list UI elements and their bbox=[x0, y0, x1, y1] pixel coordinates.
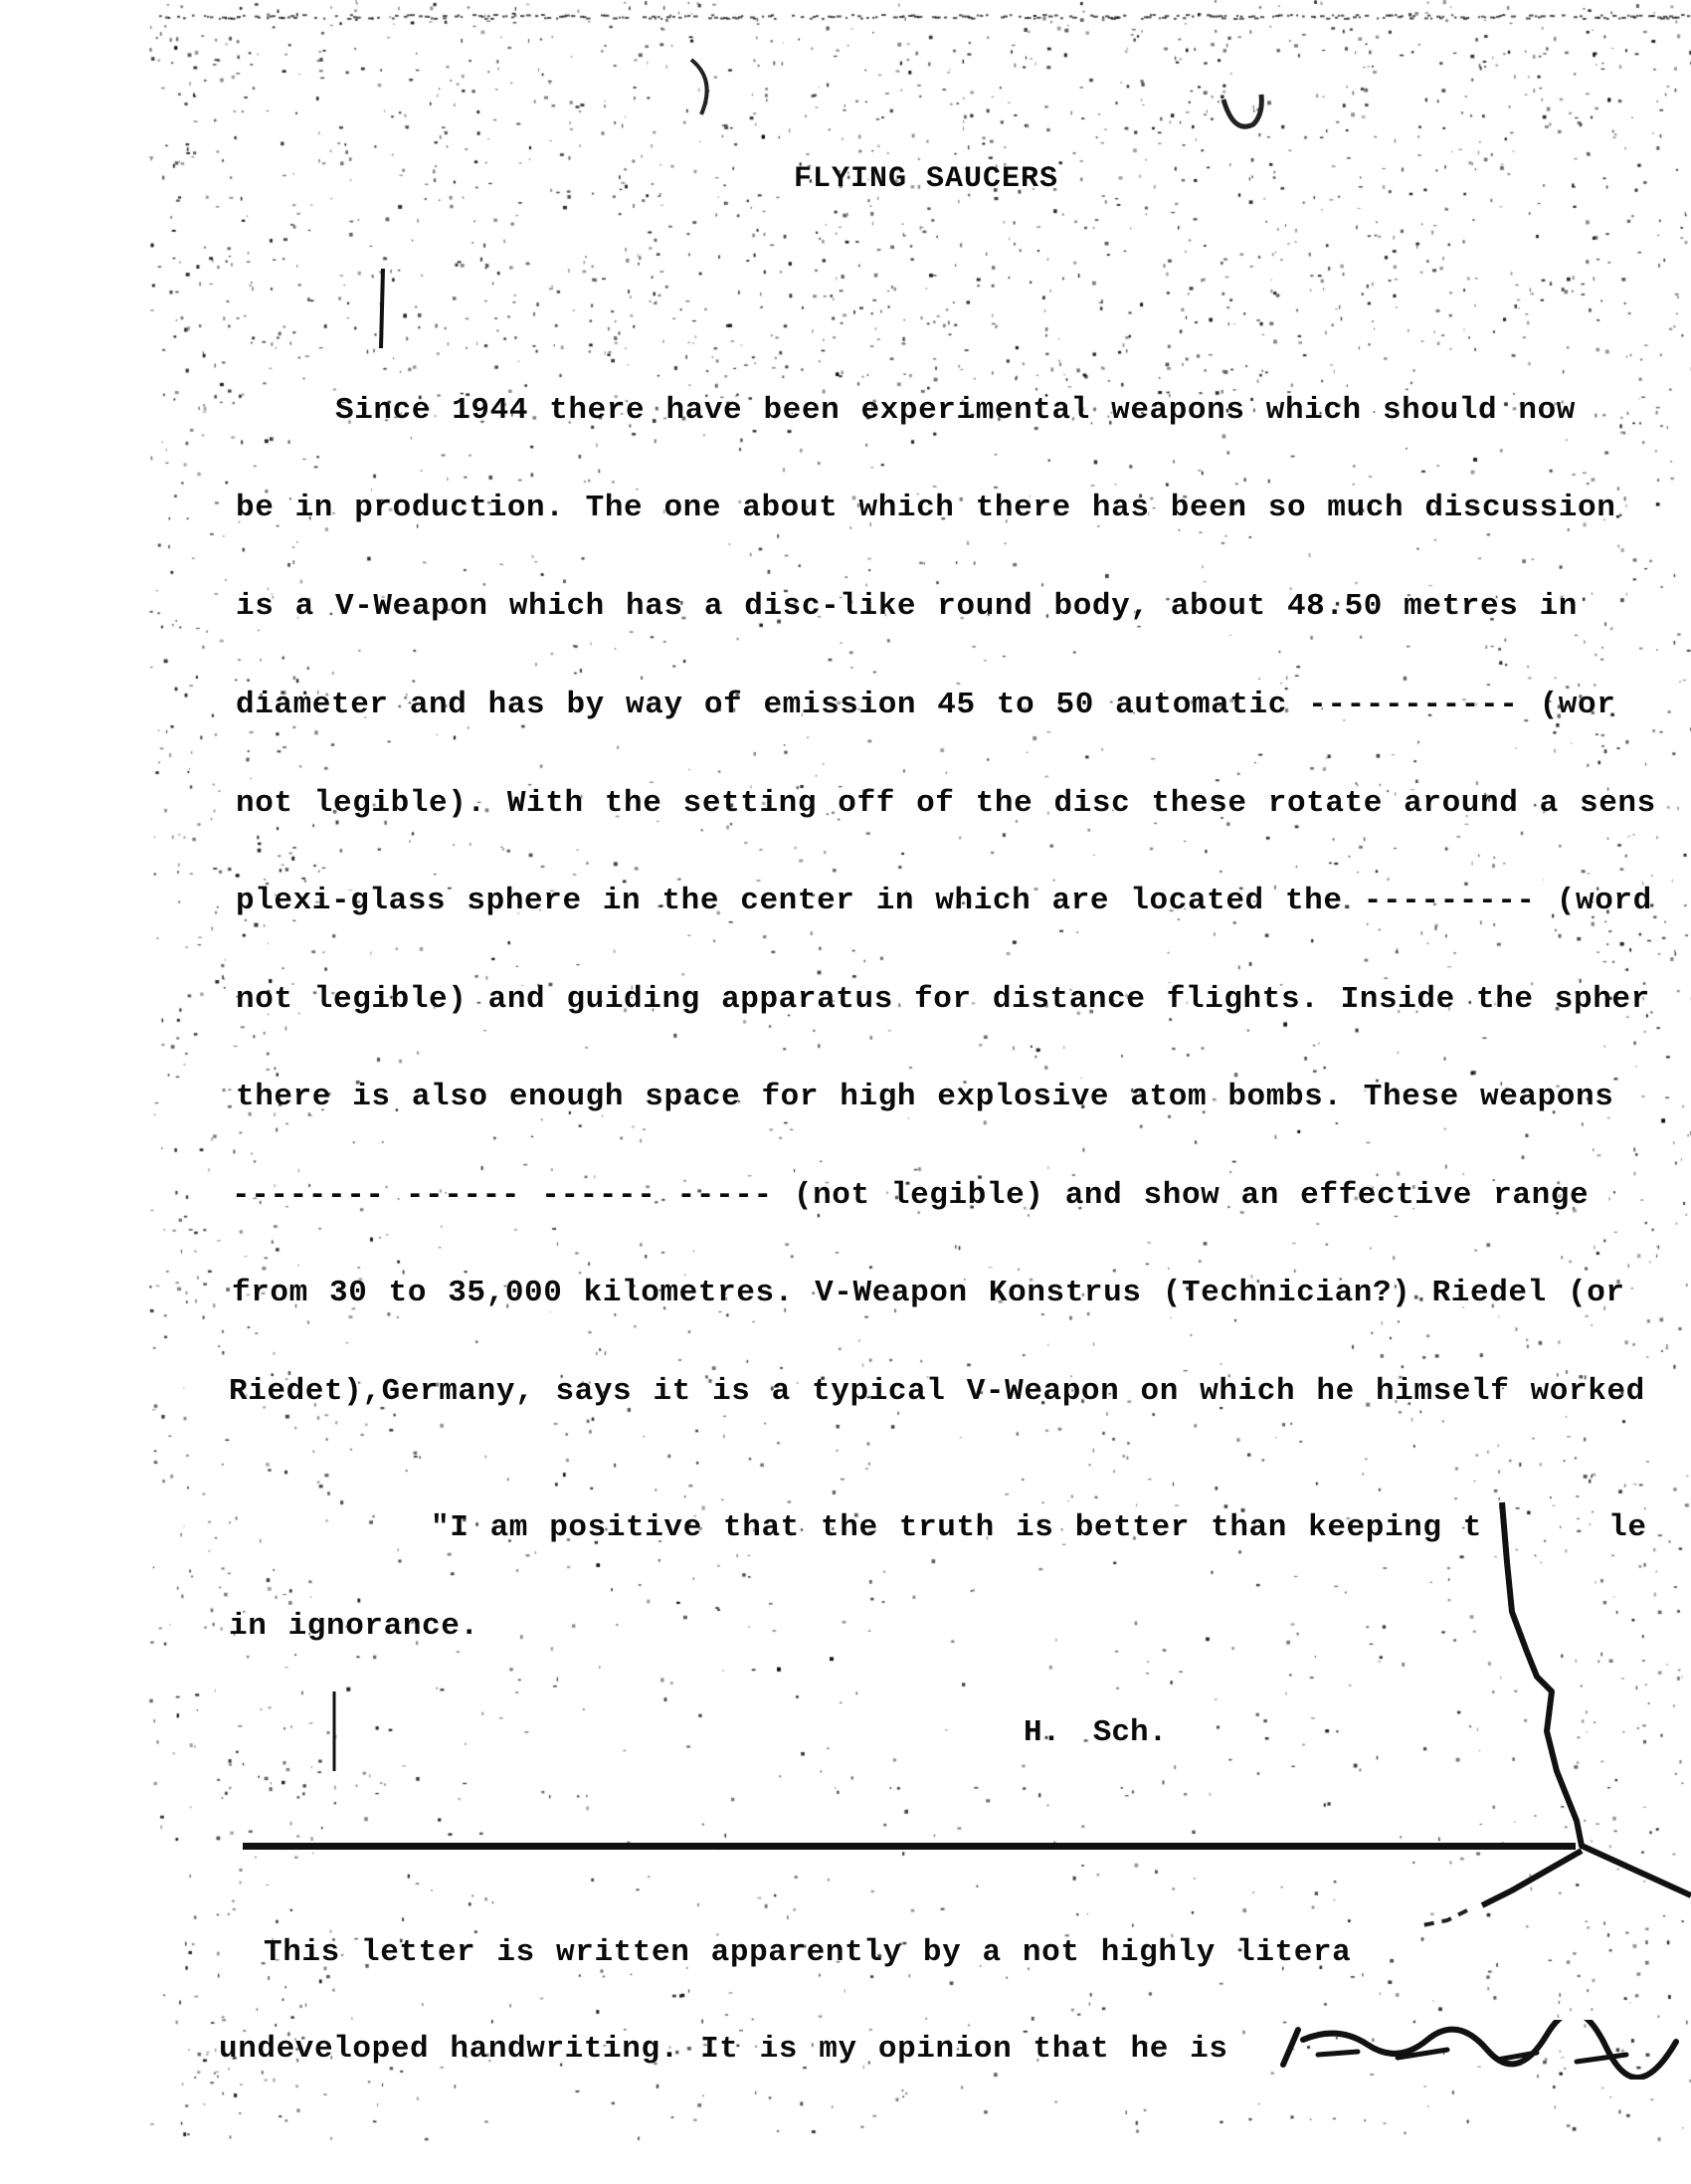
quote-line: "I am positive that the truth is better … bbox=[431, 1510, 1647, 1545]
body-line: not legible). With the setting off of th… bbox=[236, 786, 1656, 821]
body-line: plexi-glass sphere in the center in whic… bbox=[236, 884, 1652, 918]
body-line: be in production. The one about which th… bbox=[236, 491, 1615, 525]
body-line: from 30 to 35,000 kilometres. V-Weapon K… bbox=[232, 1276, 1625, 1310]
document-title: FLYING SAUCERS bbox=[794, 162, 1058, 196]
body-line: diameter and has by way of emission 45 t… bbox=[236, 688, 1615, 722]
annotation-line: undeveloped handwriting. It is my opinio… bbox=[219, 2032, 1228, 2067]
illegible-handwriting-scribble bbox=[1278, 2020, 1691, 2080]
annotation-line: This letter is written apparently by a n… bbox=[264, 1935, 1351, 1970]
signature: H. Sch. bbox=[1024, 1715, 1167, 1750]
horizontal-divider bbox=[243, 1843, 1576, 1850]
body-line: not legible) and guiding apparatus for d… bbox=[236, 982, 1650, 1017]
quote-line: in ignorance. bbox=[229, 1609, 479, 1644]
body-line: Since 1944 there have been experimental … bbox=[335, 393, 1576, 428]
body-line: is a V-Weapon which has a disc-like roun… bbox=[236, 589, 1578, 624]
body-line: there is also enough space for high expl… bbox=[236, 1080, 1613, 1114]
body-line: Riedet),Germany, says it is a typical V-… bbox=[229, 1374, 1645, 1409]
scanned-document-page: FLYING SAUCERS Since 1944 there have bee… bbox=[0, 0, 1691, 2184]
body-line: -------- ------ ------ ----- (not legibl… bbox=[232, 1178, 1589, 1213]
